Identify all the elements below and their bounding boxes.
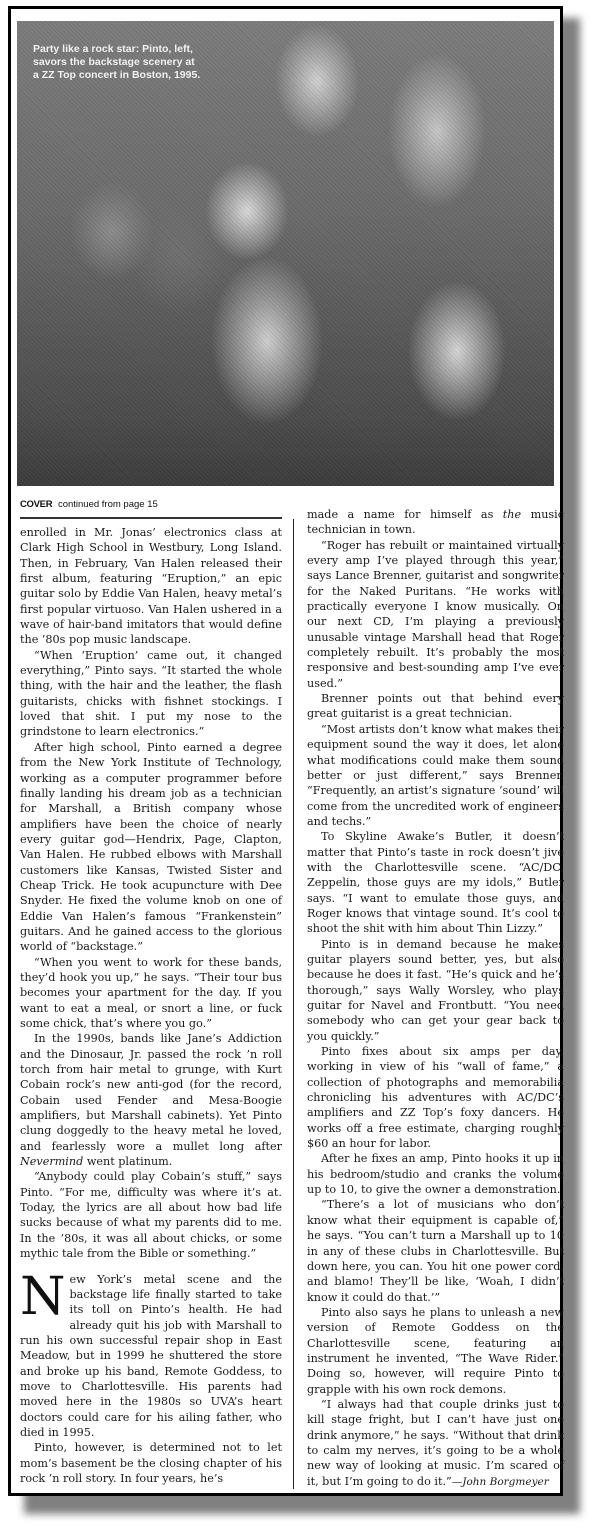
- paragraph-text: In the 1990s, bands like Jane’s Addictio…: [20, 1032, 282, 1152]
- continued-kicker: COVER continued from page 15: [20, 499, 282, 519]
- paragraph: Brenner points out that behind every gre…: [307, 691, 564, 722]
- photo-caption: Party like a rock star: Pinto, left, sav…: [33, 43, 203, 82]
- paragraph: “Most artists don’t know what makes thei…: [307, 722, 564, 829]
- paragraph: After he fixes an amp, Pinto hooks it up…: [307, 1151, 564, 1197]
- paragraph-text: “I always had that couple drinks just to…: [307, 1398, 564, 1488]
- paragraph: enrolled in Mr. Jonas’ electronics class…: [20, 525, 282, 648]
- paragraph: “I always had that couple drinks just to…: [307, 1397, 564, 1490]
- article-column-left: COVER continued from page 15 enrolled in…: [20, 499, 282, 1486]
- paragraph: Pinto, however, is determined not to let…: [20, 1440, 282, 1486]
- column-divider: [293, 519, 294, 1489]
- article-photo: Party like a rock star: Pinto, left, sav…: [17, 21, 554, 486]
- paragraph: made a name for himself as the music tec…: [307, 507, 564, 538]
- section-tag: COVER: [20, 499, 52, 510]
- newspaper-clipping: Party like a rock star: Pinto, left, sav…: [8, 6, 563, 1496]
- paragraph: To Skyline Awake’s Butler, it doesn’t ma…: [307, 829, 564, 936]
- byline: —John Borgmeyer: [452, 1476, 549, 1488]
- article-column-right: made a name for himself as the music tec…: [307, 507, 564, 1490]
- dropcap-paragraph: New York’s metal scene and the backstage…: [20, 1272, 282, 1441]
- paragraph: “When you went to work for these bands, …: [20, 955, 282, 1032]
- paragraph: “When ‘Eruption’ came out, it changed ev…: [20, 648, 282, 740]
- drop-cap: N: [20, 1275, 66, 1319]
- paragraph-text: went platinum.: [83, 1155, 172, 1168]
- paragraph-text: made a name for himself as: [307, 508, 503, 521]
- paragraph: “Anybody could play Cobain’s stuff,” say…: [20, 1169, 282, 1261]
- paragraph: After high school, Pinto earned a degree…: [20, 740, 282, 955]
- album-title: Nevermind: [20, 1155, 83, 1168]
- paragraph: “There’s a lot of musicians who don’t kn…: [307, 1197, 564, 1304]
- emphasis: the: [503, 508, 521, 521]
- paragraph: In the 1990s, bands like Jane’s Addictio…: [20, 1031, 282, 1169]
- paragraph: Pinto also says he plans to unleash a ne…: [307, 1305, 564, 1397]
- paragraph: Pinto is in demand because he makes guit…: [307, 937, 564, 1044]
- paragraph: “Roger has rebuilt or maintained virtual…: [307, 538, 564, 691]
- paragraph: Pinto fixes about six amps per day, work…: [307, 1044, 564, 1151]
- continued-text: continued from page 15: [58, 499, 158, 510]
